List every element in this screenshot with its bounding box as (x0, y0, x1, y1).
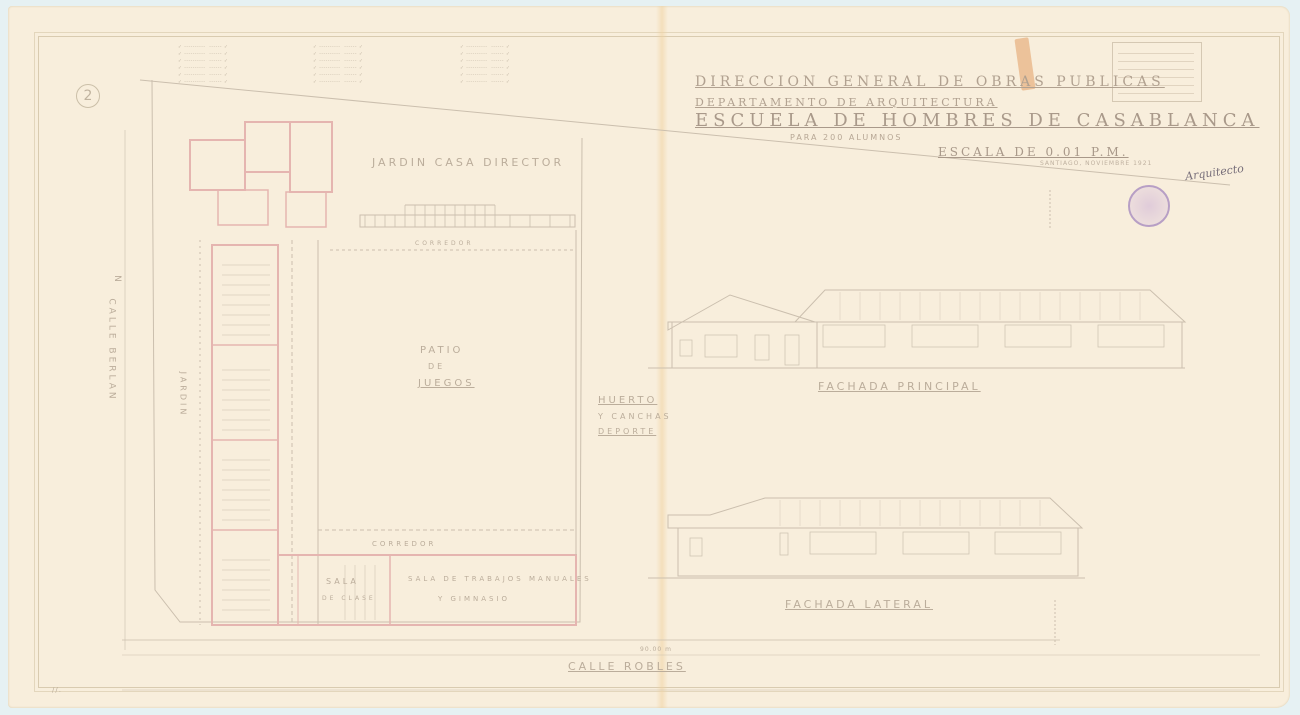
sheet-number-badge: 2 (76, 84, 100, 108)
label-playground-3: JUEGOS (418, 378, 475, 389)
drawing-canvas (0, 0, 1300, 715)
caption-fachada-principal: FACHADA PRINCIPAL (818, 380, 981, 393)
elevation-principal-drawing (648, 290, 1185, 368)
legend-column-2: ✓ ---------- ------ ✓ ✓ ---------- -----… (313, 44, 363, 86)
label-room: SALA (326, 577, 359, 586)
south-wing (278, 230, 576, 625)
label-street-bottom: CALLE ROBLES (568, 660, 686, 673)
label-orchard-1: HUERTO (598, 395, 657, 406)
scale-label: ESCALA DE 0.01 P.M. (938, 145, 1129, 159)
archive-mark: //. (52, 686, 62, 694)
project-title: ESCUELA DE HOMBRES DE CASABLANCA (695, 110, 1259, 131)
legend-column-3: ✓ ---------- ------ ✓ ✓ ---------- -----… (460, 44, 510, 86)
label-garden-side: JARDIN (178, 372, 187, 418)
capacity-subtitle: PARA 200 ALUMNOS (790, 133, 903, 142)
registration-stamp-box (1112, 42, 1202, 102)
caption-fachada-lateral: FACHADA LATERAL (785, 598, 933, 611)
elevation-lateral-drawing (648, 498, 1085, 578)
label-orchard-3: DEPORTE (598, 427, 656, 436)
legend-column-1: ✓ ---------- ------ ✓ ✓ ---------- -----… (178, 44, 228, 86)
label-corridor-bottom: CORREDOR (372, 540, 436, 548)
place-date-label: SANTIAGO, NOVIEMBRE 1921 (1040, 160, 1152, 167)
label-playground-2: DE (428, 362, 445, 371)
agency-title: DIRECCION GENERAL DE OBRAS PUBLICAS (695, 74, 1165, 90)
label-hall-2: Y GIMNASIO (438, 595, 510, 603)
label-orchard-2: Y CANCHAS (598, 412, 672, 421)
label-corridor-top: CORREDOR (415, 240, 474, 247)
label-room-2: DE CLASE (322, 595, 376, 602)
label-playground-1: PATIO (420, 345, 463, 356)
label-hall: SALA DE TRABAJOS MANUALES (408, 575, 592, 583)
director-house (190, 122, 332, 227)
classroom-wing (200, 240, 318, 625)
department-title: DEPARTAMENTO DE ARQUITECTURA (695, 96, 998, 109)
label-garden: JARDIN CASA DIRECTOR (372, 156, 564, 169)
official-seal-icon (1128, 185, 1170, 227)
label-north: N (112, 275, 122, 285)
label-street-side: CALLE BERLAN (107, 298, 117, 401)
label-dimension: 90.00 m (640, 646, 672, 653)
